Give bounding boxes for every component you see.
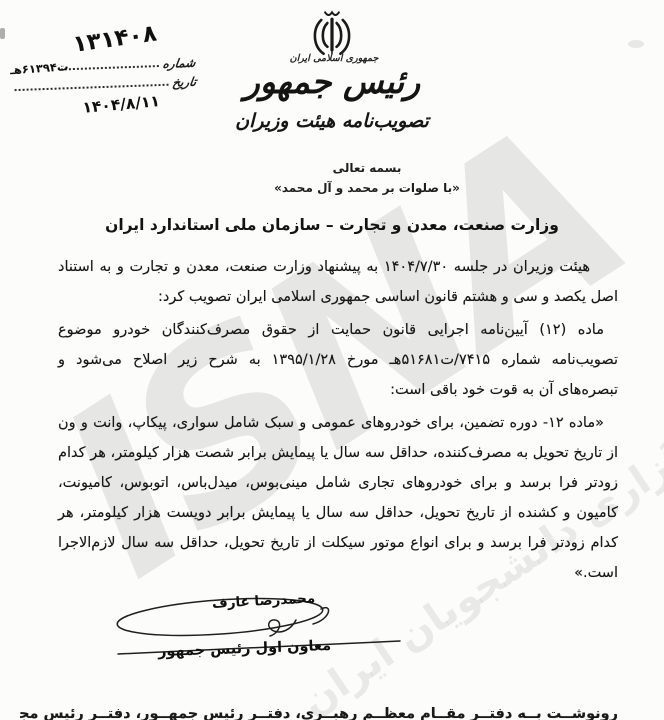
- signature-block: محمدرضا عارف معاون اول رئیس جمهور: [100, 590, 430, 675]
- date-dotted-line: [14, 82, 168, 91]
- paragraph-article-12: «ماده ۱۲- دوره تضمین، برای خودروهای عموم…: [58, 408, 618, 588]
- reference-block: ۱۳۱۴۰۸ شماره ت۶۱۳۹۴هـ تاریخ ۱۴۰۴/۸/۱۱: [9, 25, 198, 118]
- addressee-line: وزارت صنعت، معدن و تجارت – سازمان ملی اس…: [0, 216, 664, 234]
- letter-body: هیئت وزیران در جلسه ۱۴۰۴/۷/۳۰ به پیشنهاد…: [58, 252, 618, 591]
- copy-distribution-line: رونوشــت بــه دفتــر مقــام معظــم رهبــ…: [20, 706, 618, 720]
- scan-artifact-speck: [0, 28, 5, 39]
- date-label: تاریخ: [172, 75, 198, 90]
- handwritten-ref-code: ت۶۱۳۹۴هـ: [9, 59, 68, 77]
- bismillah-line: بسمه تعالی: [35, 158, 664, 178]
- iran-emblem-icon: [309, 6, 355, 60]
- invocation-block: بسمه تعالی «با صلوات بر محمد و آل محمد»: [35, 158, 664, 198]
- paragraph-preamble: هیئت وزیران در جلسه ۱۴۰۴/۷/۳۰ به پیشنهاد…: [58, 252, 618, 312]
- paragraph-amendment-intro: ماده (۱۲) آیین‌نامه اجرایی قانون حمایت ا…: [58, 315, 618, 405]
- number-dotted-line: [60, 63, 159, 70]
- scan-artifact-smudge: [628, 40, 644, 48]
- salawat-line: «با صلوات بر محمد و آل محمد»: [35, 178, 664, 198]
- number-label: شماره: [162, 56, 197, 71]
- scanned-decree-letter: ISNA خبرگزاری دانشجویان ایران جمهوری اسل…: [0, 0, 664, 720]
